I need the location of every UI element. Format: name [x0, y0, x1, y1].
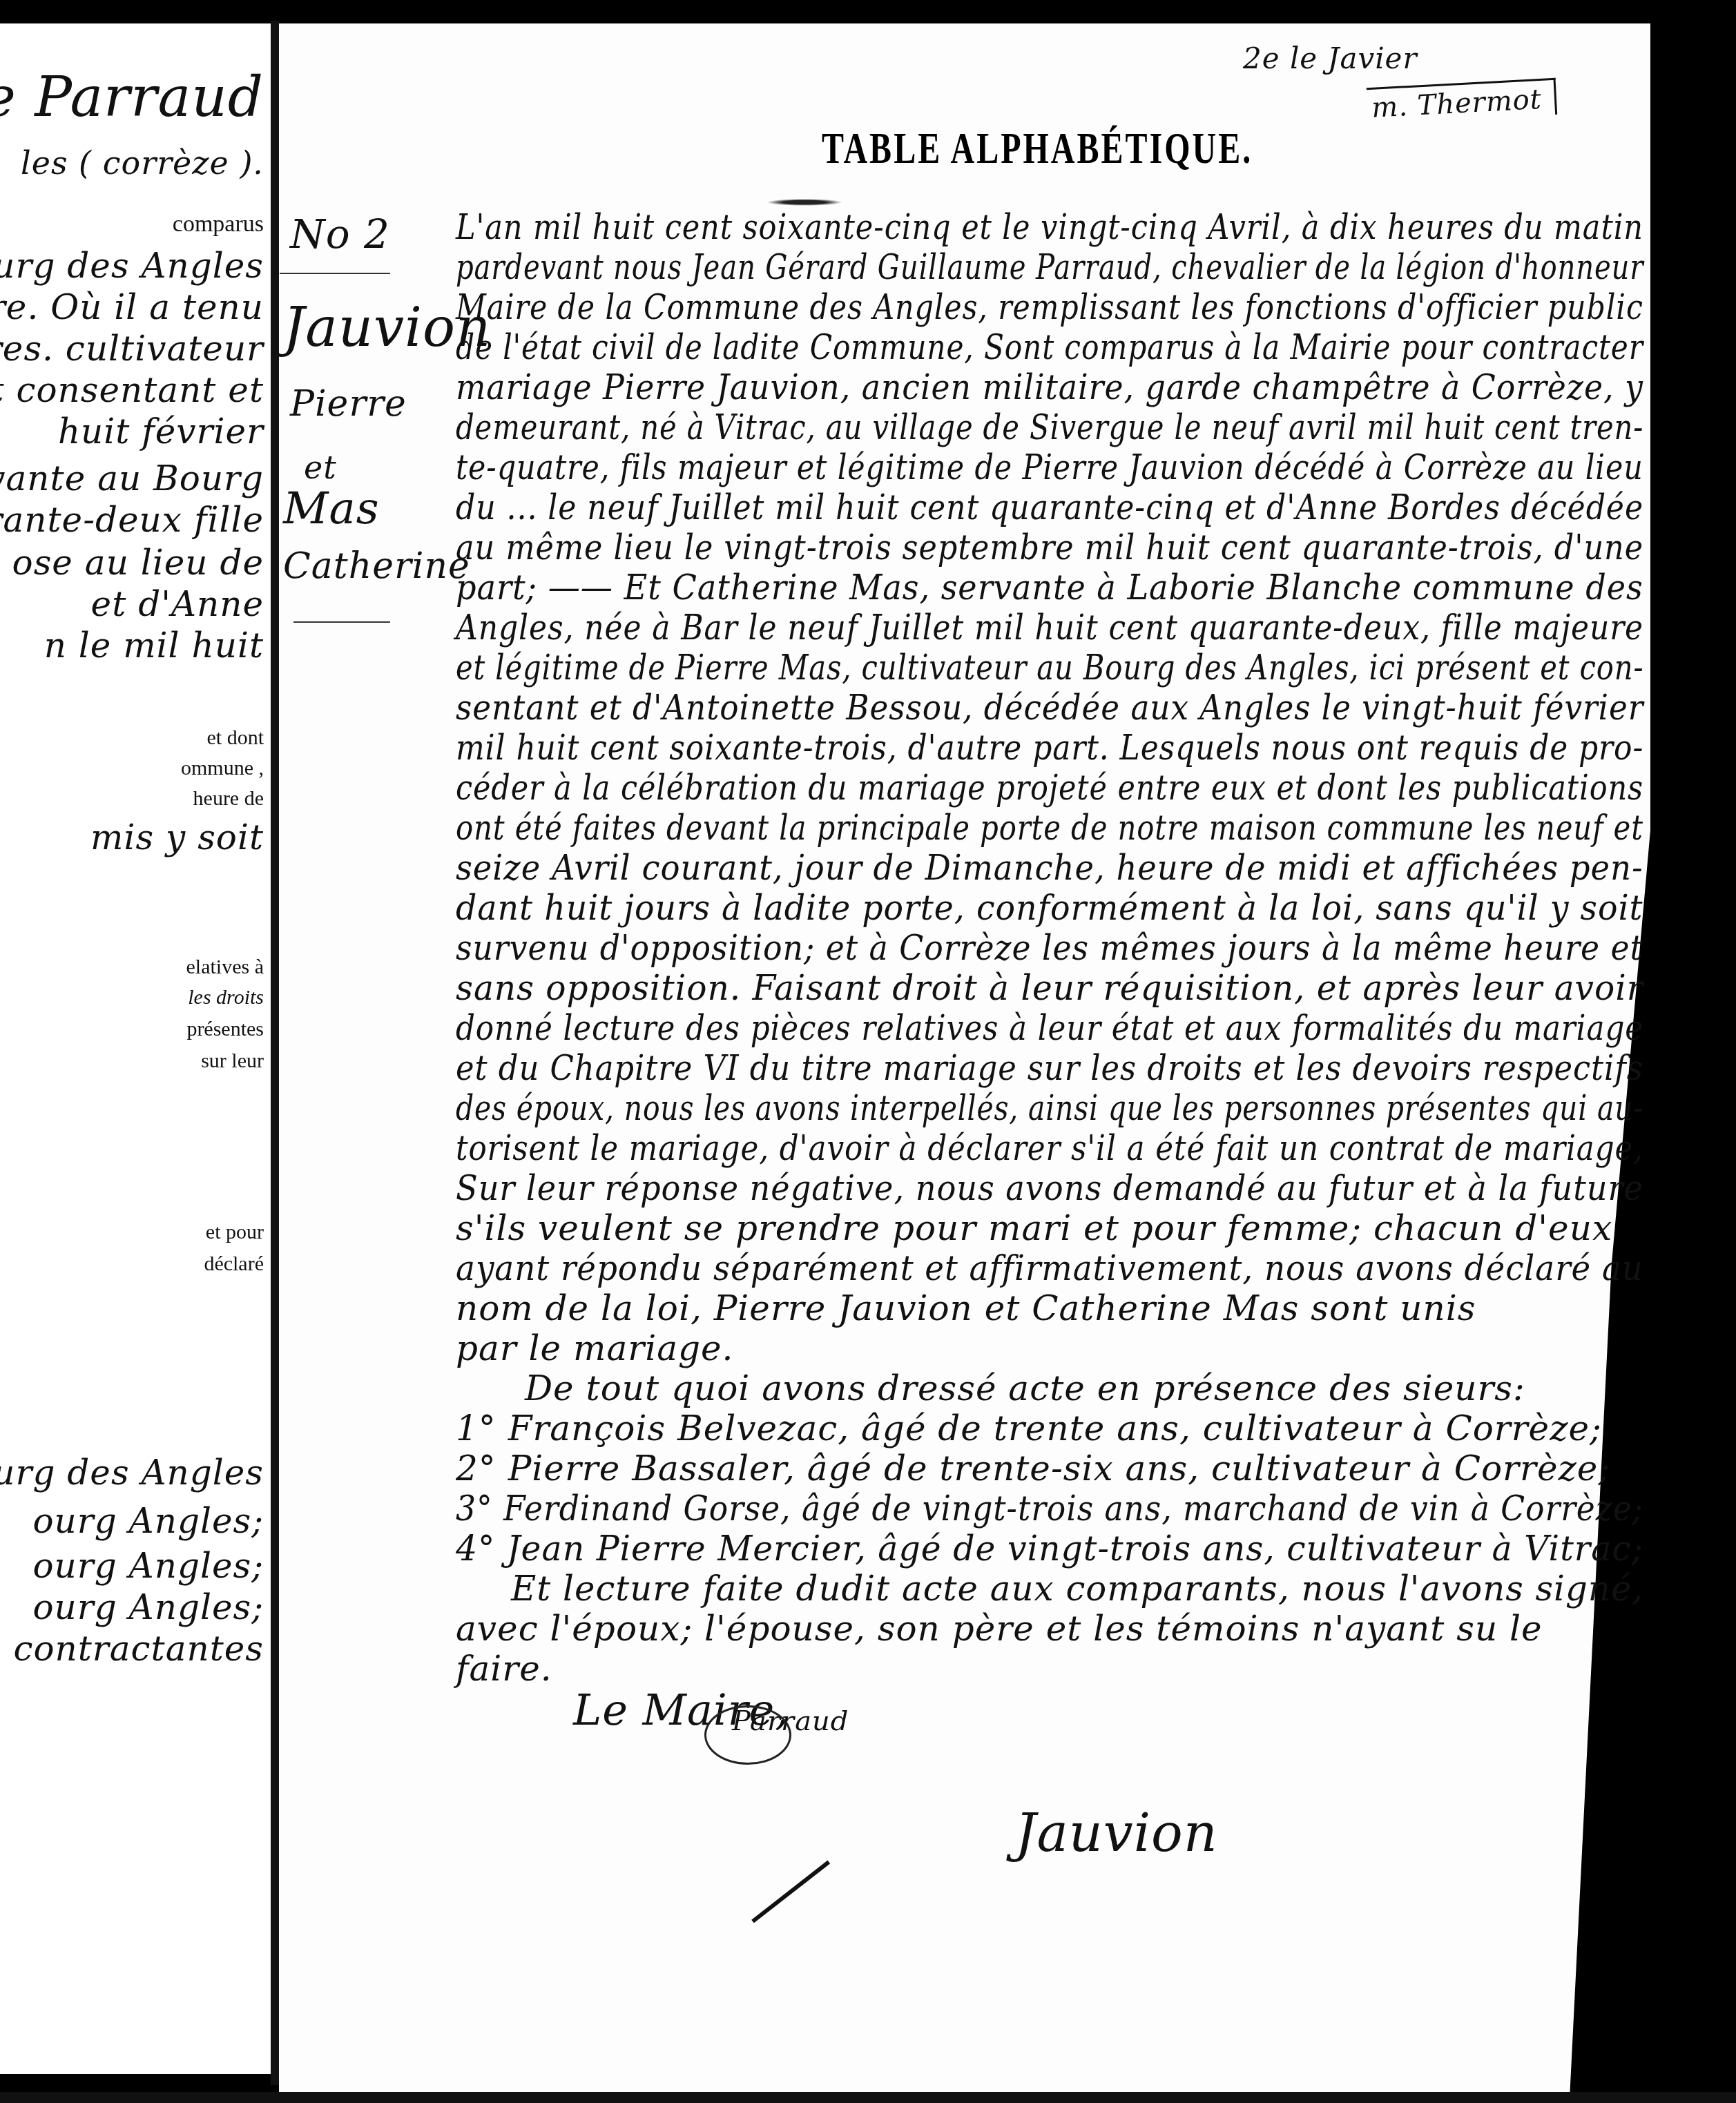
- left-handwritten-line: ourg Angles;: [32, 1546, 264, 1586]
- body-line: De tout quoi avons dressé acte en présen…: [525, 1368, 1525, 1408]
- left-handwritten-line: servante au Bourg: [0, 458, 264, 498]
- left-page-fragment: me Parraud les ( corrèze ). comparus Bou…: [0, 23, 271, 2074]
- body-line: survenu d'opposition; et à Corrèze les m…: [456, 928, 1643, 968]
- body-line: sans opposition. Faisant droit à leur ré…: [456, 968, 1643, 1008]
- left-printed-text: déclaré: [204, 1252, 264, 1276]
- body-line: Angles, née à Bar le neuf Juillet mil hu…: [456, 608, 1643, 648]
- scan-bottom-border: [0, 2092, 1736, 2103]
- body-line: sentant et d'Antoinette Bessou, décédée …: [456, 688, 1643, 728]
- body-line: du ... le neuf Juillet mil huit cent qua…: [456, 487, 1643, 527]
- left-handwritten-line: s contractantes: [0, 1629, 264, 1669]
- printed-header-title: TABLE ALPHABÉTIQUE.: [822, 124, 1253, 174]
- body-line: torisent le mariage, d'avoir à déclarer …: [456, 1128, 1643, 1168]
- margin-rule: [280, 273, 390, 274]
- witness-line: 3° Ferdinand Gorse, âgé de vingt-trois a…: [456, 1489, 1643, 1529]
- body-line: de l'état civil de ladite Commune, Sont …: [456, 327, 1643, 367]
- left-handwritten-line: ures. cultivateur: [0, 329, 264, 369]
- body-line: dant huit jours à ladite porte, conformé…: [456, 888, 1643, 928]
- body-line: Et lecture faite dudit acte aux comparan…: [511, 1569, 1643, 1609]
- body-line: par le mariage.: [456, 1328, 734, 1368]
- left-handwritten-line: mis y soit: [90, 817, 264, 857]
- body-line: part; —— Et Catherine Mas, servante à La…: [456, 568, 1643, 608]
- witness-line: 4° Jean Pierre Mercier, âgé de vingt-tro…: [456, 1529, 1643, 1569]
- body-line: seize Avril courant, jour de Dimanche, h…: [456, 848, 1643, 888]
- body-line: et légitime de Pierre Mas, cultivateur a…: [456, 648, 1643, 688]
- groom-signature: Jauvion: [1015, 1802, 1218, 1863]
- bride-surname: Mas: [283, 483, 380, 534]
- left-handwritten-line: huit février: [58, 411, 264, 452]
- header-ornament-icon: [766, 199, 842, 206]
- body-line: L'an mil huit cent soixante-cinq et le v…: [456, 207, 1643, 247]
- body-line: des époux, nous les avons interpellés, a…: [456, 1088, 1643, 1128]
- scan-top-border: [0, 0, 1736, 25]
- body-line: et du Chapitre VI du titre mariage sur l…: [456, 1048, 1643, 1088]
- record-number: No 2: [290, 211, 390, 258]
- left-handwritten-line: ourg Bourg des Angles: [0, 1453, 264, 1493]
- left-printed-text: présentes: [186, 1018, 264, 1041]
- body-line: te-quatre, fils majeur et légitime de Pi…: [456, 447, 1643, 487]
- left-handwritten-line: t quarante-deux fille: [0, 500, 264, 540]
- bride-given-name: Catherine: [283, 545, 470, 587]
- body-line: ont été faites devant la principale port…: [456, 808, 1643, 848]
- body-line: s'ils veulent se prendre pour mari et po…: [456, 1208, 1612, 1248]
- body-line: avec l'époux; l'épouse, son père et les …: [456, 1609, 1543, 1649]
- left-handwritten-line: ère. Où il a tenu: [0, 287, 264, 327]
- body-line: demeurant, né à Vitrac, au village de Si…: [456, 407, 1643, 447]
- left-handwritten-line: Bourg des Angles: [0, 246, 264, 286]
- left-handwritten-line: ourg Angles;: [32, 1501, 264, 1541]
- left-printed-text: les droits: [188, 986, 264, 1009]
- body-line: faire.: [456, 1649, 552, 1689]
- body-line: mil huit cent soixante-trois, d'autre pa…: [456, 728, 1643, 768]
- witness-line: 2° Pierre Bassaler, âgé de trente-six an…: [456, 1448, 1610, 1489]
- signature-flourish-icon: [704, 1705, 791, 1765]
- page-gutter-rule: [271, 21, 279, 2085]
- body-line: pardevant nous Jean Gérard Guillaume Par…: [456, 247, 1643, 287]
- left-printed-text: et pour: [206, 1221, 264, 1244]
- left-printed-text: heure de: [193, 787, 264, 811]
- groom-given-name: Pierre: [290, 383, 407, 425]
- left-printed-text: et dont: [207, 726, 264, 750]
- corner-note: 2e le Javier: [1243, 41, 1418, 75]
- left-printed-text: comparus: [173, 211, 264, 238]
- left-printed-text: ommune ,: [181, 757, 264, 780]
- witness-line: 1° François Belvezac, âgé de trente ans,…: [456, 1408, 1602, 1448]
- left-handwritten-line: ont consentant et: [0, 370, 264, 410]
- margin-conjunction: et: [304, 449, 337, 486]
- left-handwritten-line: ose au lieu de: [12, 543, 264, 583]
- body-line: au même lieu le vingt-trois septembre mi…: [456, 527, 1643, 568]
- left-printed-text: sur leur: [201, 1049, 264, 1073]
- body-line: nom de la loi, Pierre Jauvion et Catheri…: [456, 1288, 1476, 1328]
- left-handwritten-line: n le mil huit: [44, 626, 264, 666]
- left-handwritten-line: ourg Angles;: [32, 1587, 264, 1627]
- left-handwritten-place: les ( corrèze ).: [21, 144, 264, 182]
- margin-rule: [293, 621, 390, 623]
- body-line: Sur leur réponse négative, nous avons de…: [456, 1168, 1643, 1208]
- scan-right-border: [1650, 21, 1736, 2103]
- body-line: mariage Pierre Jauvion, ancien militaire…: [456, 367, 1643, 407]
- body-line: Maire de la Commune des Angles, rempliss…: [456, 287, 1643, 327]
- body-line: donné lecture des pièces relatives à leu…: [456, 1008, 1643, 1048]
- left-handwritten-name: me Parraud: [0, 65, 264, 129]
- left-printed-text: elatives à: [186, 956, 264, 979]
- body-line: céder à la célébration du mariage projet…: [456, 768, 1643, 808]
- body-line: ayant répondu séparément et affirmativem…: [456, 1248, 1643, 1288]
- left-handwritten-line: et d'Anne: [91, 584, 264, 624]
